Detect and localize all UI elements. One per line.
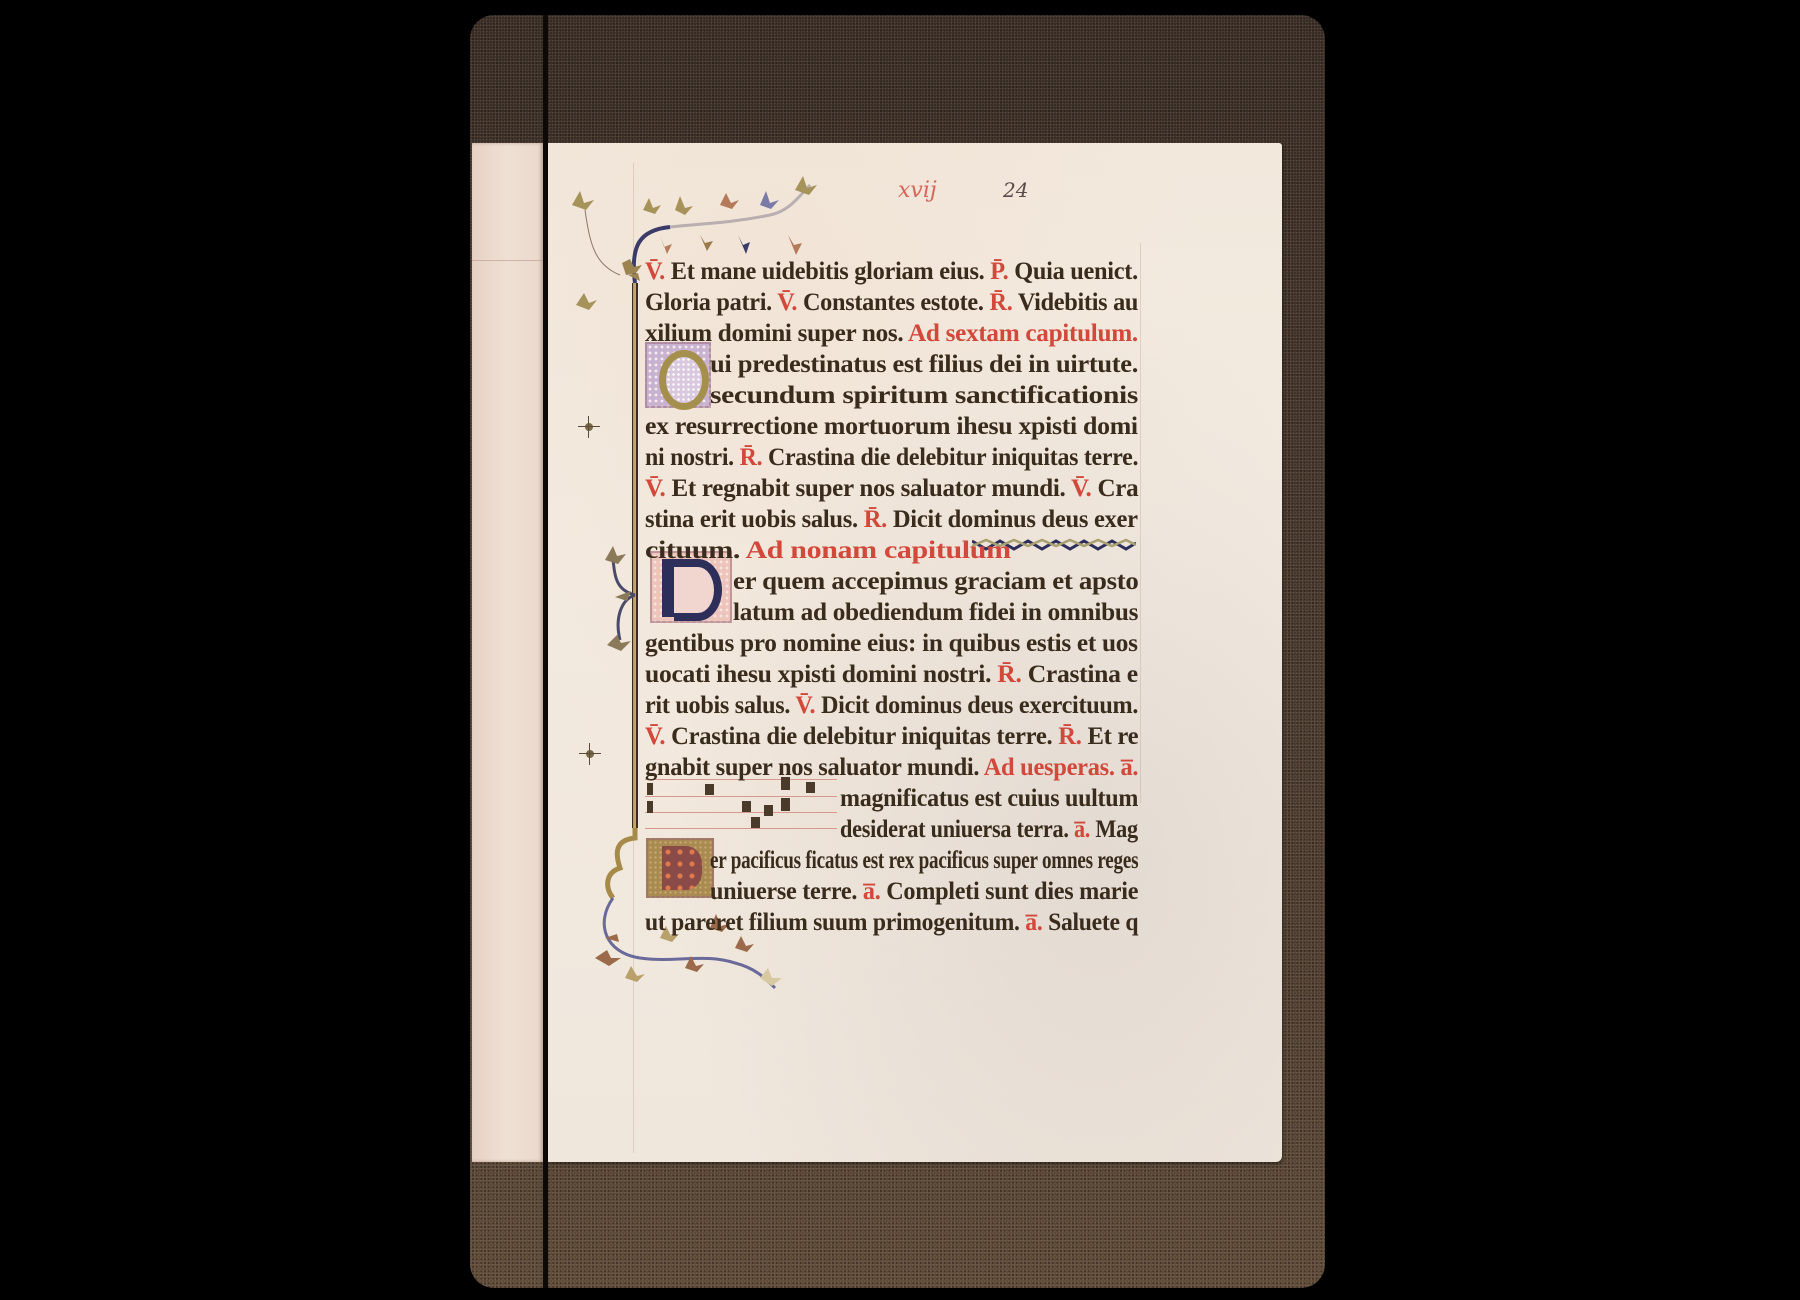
text-segment: Mag [1095,816,1137,843]
rubric-text: V̄. [645,258,671,285]
text-segment: Crastina die delebitur iniquitas terre. [671,723,1058,750]
staff-line [645,828,837,829]
text-segment: ex resurrectione mortuorum ihesu xpisti … [645,413,1138,440]
text-segment: secundum spiritum sanctificationis [710,382,1138,409]
rubric-text: V̄. [795,692,821,719]
rubric-text: a̅. [1074,816,1095,843]
note-icon [781,798,790,811]
text-segment: Videbitis au [1018,289,1138,316]
initial-letter-q [659,350,709,410]
text-line: xilium domini super nos. Ad sextam capit… [645,318,1138,349]
text-segment: gentibus pro nomine eius: in quibus esti… [645,630,1138,657]
rubric-text: a̅. [1025,909,1048,936]
rubric-text: R̄. [864,506,893,533]
rubric-text: R̄. [1058,723,1087,750]
text-segment: magnificatus est cuius uultum [840,785,1138,812]
text-line: V̄. Crastina die delebitur iniquitas ter… [645,721,1138,752]
note-icon [705,784,714,795]
rubric-text: Ad uesperas. a̅. [984,754,1139,781]
rubric-text: Ad sextam capitulum. [908,320,1138,347]
clef-icon [647,783,653,795]
text-segment: er quem accepimus graciam et apsto [733,568,1139,595]
text-line: gentibus pro nomine eius: in quibus esti… [645,628,1138,659]
rubric-text: V̄. [645,723,671,750]
text-segment: Crastina die delebitur iniquitas terre. [768,444,1138,471]
rubric-text: V̄. [645,475,671,502]
margin-rosette-icon [586,750,594,758]
text-segment: gnabit super nos saluator mundi. [645,754,984,781]
text-line: cituum. Ad nonam capitulum [645,535,1011,566]
initial-p-bowl [674,559,722,621]
illuminated-initial-q [645,342,711,408]
text-segment: ni nostri. [645,444,740,471]
clef-icon [647,801,653,813]
text-segment: Dicit dominus deus exercituum. [821,692,1138,719]
initial-p-stem [662,559,674,617]
text-segment: Quia uenict. [1014,258,1138,285]
text-segment: Saluete q [1048,909,1138,936]
rubric-text: P̄. [990,258,1014,285]
text-segment: Et regnabit super nos saluator mundi. [671,475,1070,502]
staff-line [645,812,837,813]
text-line: V̄. Et regnabit super nos saluator mundi… [645,473,1138,504]
text-line: secundum spiritum sanctificationis [710,380,1138,411]
text-line: stina erit uobis salus. R̄. Dicit dominu… [645,504,1138,535]
text-segment: Crastina e [1028,661,1138,688]
text-line: er pacificus ficatus est rex pacificus s… [710,845,1138,876]
text-segment: Et re [1087,723,1138,750]
text-segment: er pacificus ficatus est rex pacificus s… [710,847,1138,874]
text-line: er quem accepimus graciam et apsto [733,566,1139,597]
note-icon [764,805,773,816]
text-segment: Constantes estote. [803,289,990,316]
margin-rosette-icon [585,423,593,431]
text-segment: stina erit uobis salus. [645,506,864,533]
ruling-line [472,260,543,261]
text-segment: Completi sunt dies marie [886,878,1138,905]
text-segment: ui predestinatus est filius dei in uirtu… [710,351,1138,378]
text-line: V̄. Et mane uidebitis gloriam eius. P̄. … [645,256,1138,287]
text-line: latum ad obediendum fidei in omnibus [733,597,1138,628]
text-segment: cituum. [645,537,745,564]
text-segment: Et mane uidebitis gloriam eius. [671,258,990,285]
staff-line [645,796,837,797]
text-line: ni nostri. R̄. Crastina die delebitur in… [645,442,1138,473]
previous-leaf-edge [472,143,543,1162]
text-segment: uocati ihesu xpisti domini nostri. [645,661,997,688]
text-line: uocati ihesu xpisti domini nostri. R̄. C… [645,659,1138,690]
middle-vine-decoration-icon [585,535,645,675]
text-line: ui predestinatus est filius dei in uirtu… [710,349,1138,380]
rubric-text: Ad nonam capitulum [745,537,1010,564]
note-icon [751,817,760,828]
text-line: rit uobis salus. V̄. Dicit dominus deus … [645,690,1138,721]
text-line: Gloria patri. V̄. Constantes estote. R̄.… [645,287,1138,318]
text-segment: desiderat uniuersa terra. [840,816,1074,843]
ruling-line-right [1140,243,1141,803]
text-line: magnificatus est cuius uultum [840,783,1138,814]
text-line: gnabit super nos saluator mundi. Ad uesp… [645,752,1138,783]
text-segment: rit uobis salus. [645,692,795,719]
text-line: ut pareret filium suum primogenitum. a̅.… [645,907,1138,938]
rubric-text: V̄. [1071,475,1097,502]
text-segment: Gloria patri. [645,289,777,316]
text-segment: Cra [1097,475,1138,502]
rubric-text: R̄. [997,661,1027,688]
text-segment: xilium domini super nos. [645,320,908,347]
rubric-text: R̄. [740,444,768,471]
note-icon [806,782,815,793]
folio-number-arabic: 24 [1003,178,1028,202]
text-segment: latum ad obediendum fidei in omnibus [733,599,1138,626]
rubric-text: V̄. [777,289,803,316]
note-icon [742,801,751,812]
text-segment: ut pareret filium suum primogenitum. [645,909,1025,936]
text-segment: uniuerse terre. [710,878,863,905]
text-line: ex resurrectione mortuorum ihesu xpisti … [645,411,1138,442]
text-segment: Dicit dominus deus exer [893,506,1138,533]
rubric-text: R̄. [989,289,1017,316]
folio-number-roman: xvij [898,178,937,203]
text-line: uniuerse terre. a̅. Completi sunt dies m… [710,876,1138,907]
text-line: desiderat uniuersa terra. a̅. Mag [840,814,1138,845]
rubric-text: a̅. [863,878,886,905]
